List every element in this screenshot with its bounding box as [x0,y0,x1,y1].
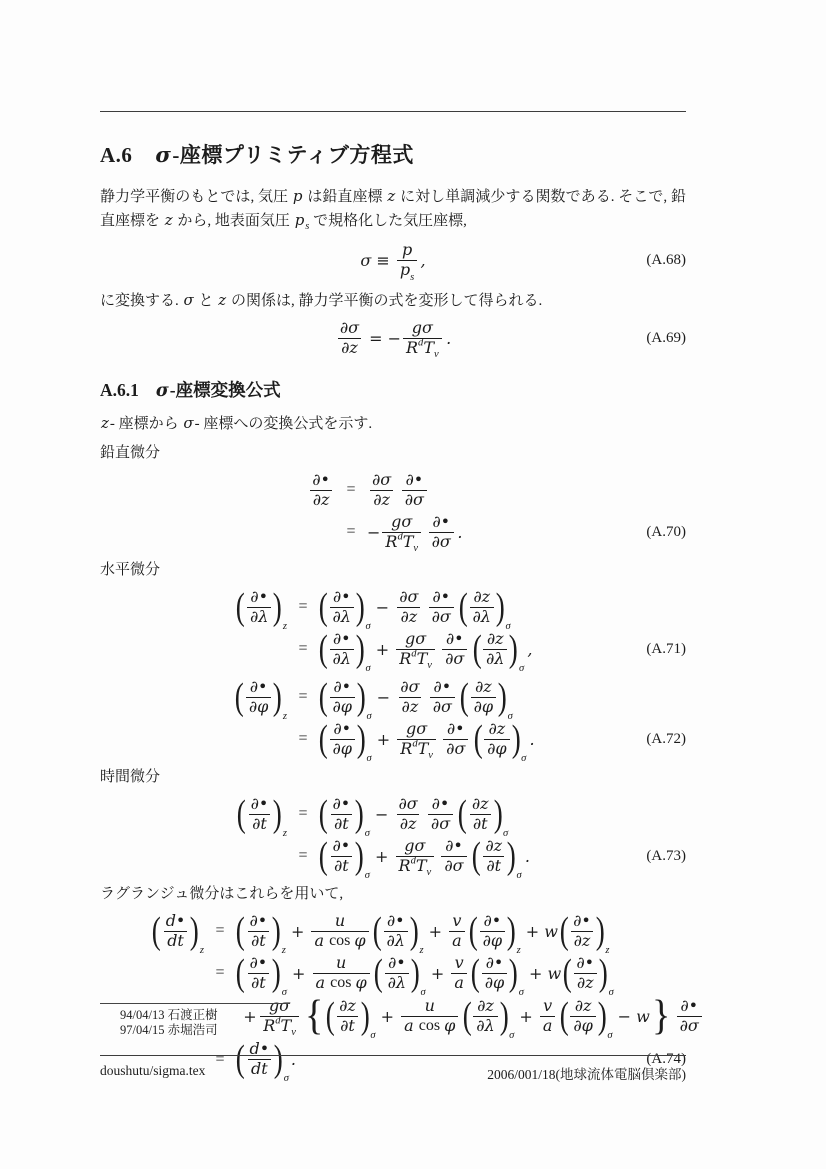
equation-line: =−gσRdTv∂•∂σ.(A.70) [100,512,686,552]
subsection-intro-paragraph: z- 座標から σ- 座標への変換公式を示す. [100,412,686,436]
section-title: σ-座標プリミティブ方程式 [154,143,413,167]
label-time-derivative: 時間微分 [100,767,686,788]
equation-line: (d•dt)z=(∂•∂t)z + ua cos φ(∂•∂λ)z + va(∂… [100,911,686,951]
equation-a73: (∂•∂t)z=(∂•∂t)σ − ∂σ∂z∂•∂σ(∂z∂t)σ=(∂•∂t)… [100,794,686,876]
equation-line: =(∂•∂t)σ + ua cos φ(∂•∂λ)σ + va(∂•∂φ)σ +… [100,953,686,993]
equation-line: =(∂•∂t)σ + gσRdTv∂•∂σ(∂z∂t)σ.(A.73) [100,836,686,876]
label-horizontal-derivative: 水平微分 [100,560,686,581]
page-footer: doushutu/sigma.tex 2006/001/18(地球流体電脳倶楽部… [100,1055,686,1083]
equation-a71: (∂•∂λ)z=(∂•∂λ)σ − ∂σ∂z∂•∂σ(∂z∂λ)σ=(∂•∂λ)… [100,587,686,669]
equation-line: σ ≡ pps,(A.68) [100,241,686,281]
intro-paragraph: 静力学平衡のもとでは, 気圧 p は鉛直座標 z に対し単調減少する関数である.… [100,185,686,235]
equation-a68: σ ≡ pps,(A.68) [100,241,686,281]
document-page: A.6σ-座標プリミティブ方程式 静力学平衡のもとでは, 気圧 p は鉛直座標 … [0,0,826,1169]
equation-a70: ∂•∂z=∂σ∂z∂•∂σ=−gσRdTv∂•∂σ.(A.70) [100,470,686,552]
equation-number: (A.70) [646,524,686,541]
equation-line: (∂•∂t)z=(∂•∂t)σ − ∂σ∂z∂•∂σ(∂z∂t)σ [100,794,686,834]
label-vertical-derivative: 鉛直微分 [100,443,686,464]
footer-row: doushutu/sigma.tex 2006/001/18(地球流体電脳倶楽部… [100,1063,686,1083]
equation-line: (∂•∂φ)z=(∂•∂φ)σ − ∂σ∂z∂•∂σ(∂z∂φ)σ [100,677,686,717]
footer-rule [100,1055,686,1056]
equation-line: (∂•∂λ)z=(∂•∂λ)σ − ∂σ∂z∂•∂σ(∂z∂λ)σ [100,587,686,627]
equation-number: (A.69) [646,330,686,347]
after-a68-paragraph: に変換する. σ と z の関係は, 静力学平衡の式を変形して得られる. [100,289,686,313]
footnote: 94/04/13 石渡正樹 97/04/15 赤堀浩司 [100,1003,686,1039]
equation-line: =(∂•∂φ)σ + gσRdTv∂•∂σ(∂z∂φ)σ.(A.72) [100,719,686,759]
equation-number: (A.68) [646,252,686,269]
footnote-line: 94/04/13 石渡正樹 [100,1008,686,1023]
equation-line: ∂σ∂z = −gσRdTv.(A.69) [100,319,686,359]
subsection-title: σ-座標変換公式 [155,380,281,400]
page-content: A.6σ-座標プリミティブ方程式 静力学平衡のもとでは, 気圧 p は鉛直座標 … [100,0,686,1088]
equation-a72: (∂•∂φ)z=(∂•∂φ)σ − ∂σ∂z∂•∂σ(∂z∂φ)σ=(∂•∂φ)… [100,677,686,759]
footnote-line: 97/04/15 赤堀浩司 [100,1023,686,1038]
footer-publisher-date: 2006/001/18(地球流体電脳倶楽部) [487,1063,686,1083]
header-rule [100,111,686,112]
equation-line: =(∂•∂λ)σ + gσRdTv∂•∂σ(∂z∂λ)σ,(A.71) [100,629,686,669]
section-heading: A.6σ-座標プリミティブ方程式 [100,139,686,169]
section-number: A.6 [100,143,132,167]
equation-a69: ∂σ∂z = −gσRdTv.(A.69) [100,319,686,359]
subsection-number: A.6.1 [100,380,139,400]
equation-number: (A.71) [646,641,686,658]
equation-line: ∂•∂z=∂σ∂z∂•∂σ [100,470,686,510]
equation-number: (A.72) [646,731,686,748]
subsection-heading: A.6.1σ-座標変換公式 [100,377,686,402]
footnote-rule [100,1003,290,1004]
equation-number: (A.73) [646,848,686,865]
footer-file-path: doushutu/sigma.tex [100,1063,205,1083]
label-lagrangian-derivative: ラグランジュ微分はこれらを用いて, [100,884,686,905]
